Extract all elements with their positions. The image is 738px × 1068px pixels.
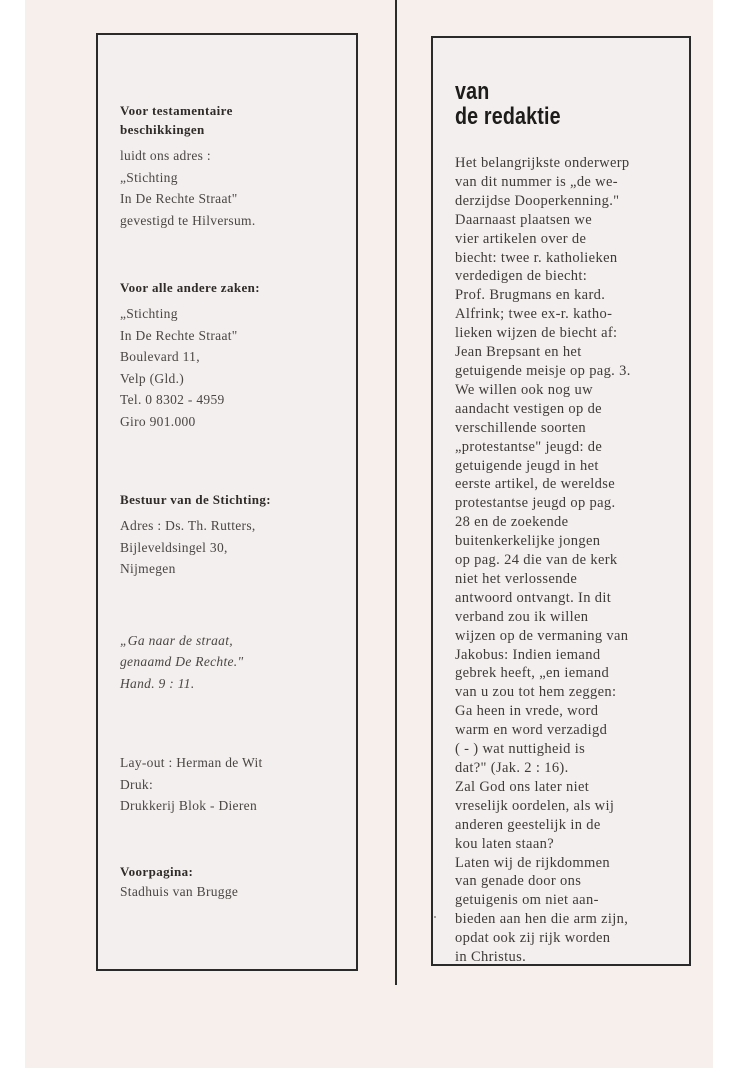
editorial-line: van genade door ons: [455, 872, 693, 891]
address-line: luidt ons adres :: [120, 145, 350, 167]
editorial-line: van u zou tot hem zeggen:: [455, 683, 693, 702]
board-section: Bestuur van de Stichting: Adres : Ds. Th…: [120, 490, 350, 580]
editorial-line: Alfrink; twee ex-r. katho-: [455, 305, 693, 324]
quote-line: genaamd De Rechte.": [120, 651, 350, 673]
editorial-line: derzijdse Dooperkenning.": [455, 192, 693, 211]
address-line: Velp (Gld.): [120, 368, 350, 390]
editorial-line: dat?" (Jak. 2 : 16).: [455, 759, 693, 778]
address-line: Boulevard 11,: [120, 346, 350, 368]
editorial-line: ( - ) wat nuttigheid is: [455, 740, 693, 759]
editorial-line: Jean Brepsant en het: [455, 343, 693, 362]
layout-credit: Lay-out : Herman de Wit: [120, 752, 350, 774]
credits-section: Lay-out : Herman de Wit Druk: Drukkerij …: [120, 752, 350, 817]
editorial-title: van de redaktie: [455, 79, 561, 129]
editorial-line: Jakobus: Indien iemand: [455, 646, 693, 665]
editorial-line: getuigende jeugd in het: [455, 457, 693, 476]
editorial-line: buitenkerkelijke jongen: [455, 532, 693, 551]
editorial-line: Ga heen in vrede, word: [455, 702, 693, 721]
title-line: de redaktie: [455, 103, 561, 130]
address-line: In De Rechte Straat": [120, 188, 350, 210]
editorial-line: Zal God ons later niet: [455, 778, 693, 797]
address-line: „Stichting: [120, 167, 350, 189]
editorial-line: bieden aan hen die arm zijn,: [455, 910, 693, 929]
editorial-line: verschillende soorten: [455, 419, 693, 438]
heading-line: Voor testamentaire: [120, 103, 233, 118]
editorial-line: antwoord ontvangt. In dit: [455, 589, 693, 608]
editorial-line: getuigende meisje op pag. 3.: [455, 362, 693, 381]
print-speck: [434, 916, 436, 918]
cover-section: Voorpagina: Stadhuis van Brugge: [120, 862, 350, 903]
editorial-line: We willen ook nog uw: [455, 381, 693, 400]
editorial-line: van dit nummer is „de we-: [455, 173, 693, 192]
title-line: van: [455, 78, 489, 105]
editorial-line: Het belangrijkste onderwerp: [455, 154, 693, 173]
editorial-box: van de redaktie Het belangrijkste onderw…: [431, 36, 691, 966]
address-line: Bijleveldsingel 30,: [120, 537, 350, 559]
editorial-line: verband zou ik willen: [455, 608, 693, 627]
editorial-line: lieken wijzen de biecht af:: [455, 324, 693, 343]
colophon-box: Voor testamentaire beschikkingen luidt o…: [96, 33, 358, 971]
editorial-line: Laten wij de rijkdommen: [455, 854, 693, 873]
bible-quote: „Ga naar de straat, genaamd De Rechte." …: [120, 630, 350, 695]
address-line: Nijmegen: [120, 558, 350, 580]
quote-line: „Ga naar de straat,: [120, 630, 350, 652]
other-matters-heading: Voor alle andere zaken:: [120, 278, 350, 297]
address-line: Adres : Ds. Th. Rutters,: [120, 515, 350, 537]
editorial-line: warm en word verzadigd: [455, 721, 693, 740]
printer-credit: Drukkerij Blok - Dieren: [120, 795, 350, 817]
editorial-line: anderen geestelijk in de: [455, 816, 693, 835]
board-heading: Bestuur van de Stichting:: [120, 490, 350, 509]
editorial-body: Het belangrijkste onderwerpvan dit numme…: [455, 154, 693, 967]
editorial-line: vreselijk oordelen, als wij: [455, 797, 693, 816]
editorial-line: „protestantse" jeugd: de: [455, 438, 693, 457]
editorial-line: wijzen op de vermaning van: [455, 627, 693, 646]
address-line: In De Rechte Straat": [120, 325, 350, 347]
editorial-line: protestantse jeugd op pag.: [455, 494, 693, 513]
editorial-line: niet het verlossende: [455, 570, 693, 589]
editorial-line: Prof. Brugmans en kard.: [455, 286, 693, 305]
quote-reference: Hand. 9 : 11.: [120, 673, 350, 695]
editorial-line: aandacht vestigen op de: [455, 400, 693, 419]
other-matters-section: Voor alle andere zaken: „Stichting In De…: [120, 278, 350, 432]
editorial-line: opdat ook zij rijk worden: [455, 929, 693, 948]
editorial-line: biecht: twee r. katholieken: [455, 249, 693, 268]
editorial-line: gebrek heeft, „en iemand: [455, 664, 693, 683]
editorial-line: kou laten staan?: [455, 835, 693, 854]
editorial-line: in Christus.: [455, 948, 693, 967]
cover-description: Stadhuis van Brugge: [120, 881, 350, 903]
editorial-line: vier artikelen over de: [455, 230, 693, 249]
address-line: gevestigd te Hilversum.: [120, 210, 350, 232]
heading-line: beschikkingen: [120, 122, 205, 137]
editorial-line: Daarnaast plaatsen we: [455, 211, 693, 230]
editorial-line: verdedigen de biecht:: [455, 267, 693, 286]
column-divider: [395, 0, 397, 985]
colophon-content: Voor testamentaire beschikkingen luidt o…: [120, 101, 350, 902]
editorial-line: op pag. 24 die van de kerk: [455, 551, 693, 570]
phone-line: Tel. 0 8302 - 4959: [120, 389, 350, 411]
cover-heading: Voorpagina:: [120, 862, 350, 881]
editorial-line: eerste artikel, de wereldse: [455, 475, 693, 494]
print-label: Druk:: [120, 774, 350, 796]
testament-heading: Voor testamentaire beschikkingen: [120, 101, 350, 139]
testament-section: Voor testamentaire beschikkingen luidt o…: [120, 101, 350, 231]
address-line: „Stichting: [120, 303, 350, 325]
giro-line: Giro 901.000: [120, 411, 350, 433]
editorial-line: 28 en de zoekende: [455, 513, 693, 532]
editorial-line: getuigenis om niet aan-: [455, 891, 693, 910]
